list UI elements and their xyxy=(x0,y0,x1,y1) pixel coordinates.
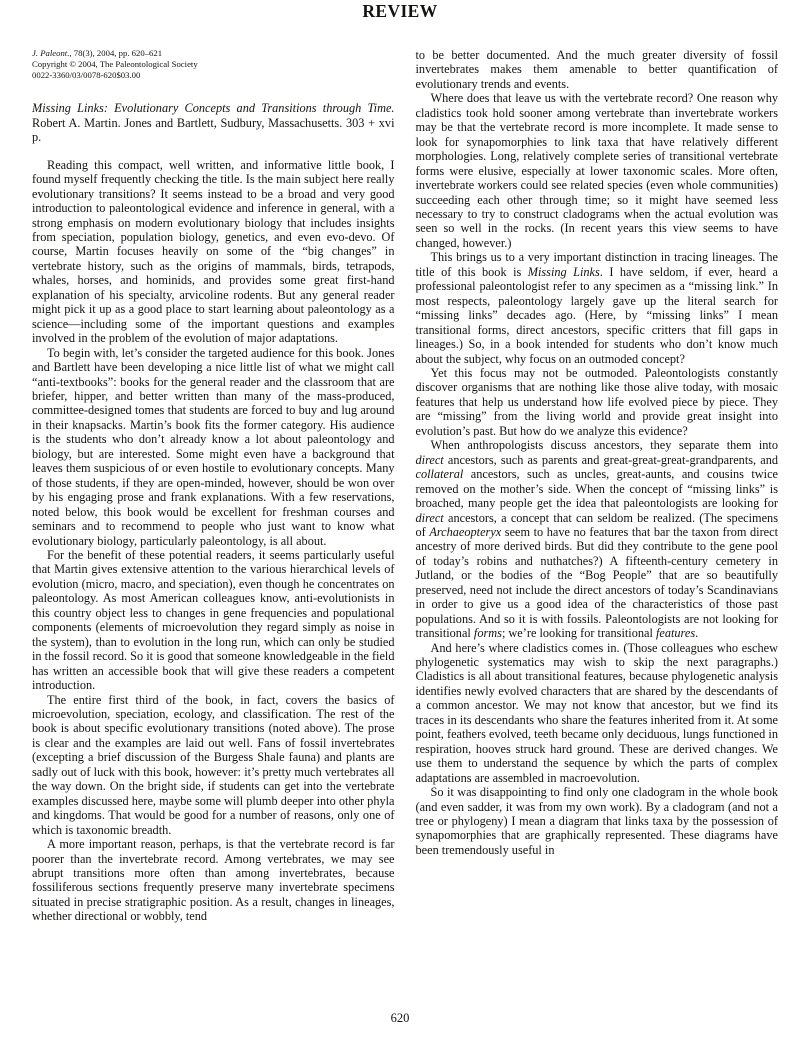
text-run: ancestors, such as uncles, great-aunts, … xyxy=(416,467,779,510)
left-column: J. Paleont., 78(3), 2004, pp. 620–621 Co… xyxy=(32,48,395,1023)
text-run: Where does that leave us with the verteb… xyxy=(416,91,779,250)
italic-text-run: Missing Links xyxy=(528,265,600,279)
text-run: For the benefit of these potential reade… xyxy=(32,548,395,692)
citation-line-copyright: Copyright © 2004, The Paleontological So… xyxy=(32,59,395,70)
italic-text-run: direct xyxy=(416,511,444,525)
italic-text-run: forms xyxy=(474,626,502,640)
text-run: to be better documented. And the much gr… xyxy=(416,48,779,91)
paragraph: When anthropologists discuss ancestors, … xyxy=(416,438,779,640)
text-run: seem to have no features that bar the ta… xyxy=(416,525,779,640)
text-run: A more important reason, perhaps, is tha… xyxy=(32,837,395,923)
citation-issue: 78(3), 2004, pp. 620–621 xyxy=(72,48,163,58)
journal-page: REVIEW J. Paleont., 78(3), 2004, pp. 620… xyxy=(0,0,800,1038)
paragraph: The entire first third of the book, in f… xyxy=(32,693,395,838)
italic-text-run: collateral xyxy=(416,467,464,481)
right-paragraphs: to be better documented. And the much gr… xyxy=(416,48,779,857)
paragraph: Reading this compact, well written, and … xyxy=(32,158,395,346)
text-run: ancestors, such as parents and great-gre… xyxy=(444,453,778,467)
text-run: Reading this compact, well written, and … xyxy=(32,158,395,345)
paragraph: For the benefit of these potential reade… xyxy=(32,548,395,693)
text-run: The entire first third of the book, in f… xyxy=(32,693,395,837)
italic-text-run: Missing Links: Evolutionary Concepts and… xyxy=(32,101,395,115)
text-run: . I have seldom, if ever, heard a profes… xyxy=(416,265,779,366)
citation-block: J. Paleont., 78(3), 2004, pp. 620–621 Co… xyxy=(32,48,395,80)
paragraph: And here’s where cladistics comes in. (T… xyxy=(416,641,779,786)
two-column-content: J. Paleont., 78(3), 2004, pp. 620–621 Co… xyxy=(0,22,800,1023)
page-number: 620 xyxy=(0,1011,800,1026)
paragraph: A more important reason, perhaps, is tha… xyxy=(32,837,395,924)
text-run: . xyxy=(695,626,698,640)
paragraph: Yet this focus may not be outmoded. Pale… xyxy=(416,366,779,438)
italic-text-run: direct xyxy=(416,453,444,467)
journal-name: J. Paleont., xyxy=(32,48,72,58)
text-run: So it was disappointing to find only one… xyxy=(416,785,779,857)
text-run: Robert A. Martin. Jones and Bartlett, Su… xyxy=(32,116,395,144)
left-paragraphs: Reading this compact, well written, and … xyxy=(32,158,395,924)
paragraph: To begin with, let’s consider the target… xyxy=(32,346,395,548)
page-header-review: REVIEW xyxy=(0,0,800,22)
italic-text-run: features xyxy=(656,626,695,640)
citation-line-issn: 0022-3360/03/0078-620$03.00 xyxy=(32,70,395,81)
paragraph: Where does that leave us with the verteb… xyxy=(416,91,779,250)
right-column: to be better documented. And the much gr… xyxy=(416,48,779,1023)
text-run: Yet this focus may not be outmoded. Pale… xyxy=(416,366,779,438)
text-run: And here’s where cladistics comes in. (T… xyxy=(416,641,779,785)
paragraph: This brings us to a very important disti… xyxy=(416,250,779,366)
text-run: When anthropologists discuss ancestors, … xyxy=(431,438,779,452)
paragraph: So it was disappointing to find only one… xyxy=(416,785,779,857)
paragraph: to be better documented. And the much gr… xyxy=(416,48,779,91)
citation-line-journal: J. Paleont., 78(3), 2004, pp. 620–621 xyxy=(32,48,395,59)
text-run: To begin with, let’s consider the target… xyxy=(32,346,395,548)
book-reference: Missing Links: Evolutionary Concepts and… xyxy=(32,101,395,144)
italic-text-run: Archaeopteryx xyxy=(429,525,501,539)
text-run: ; we’re looking for transitional xyxy=(502,626,656,640)
